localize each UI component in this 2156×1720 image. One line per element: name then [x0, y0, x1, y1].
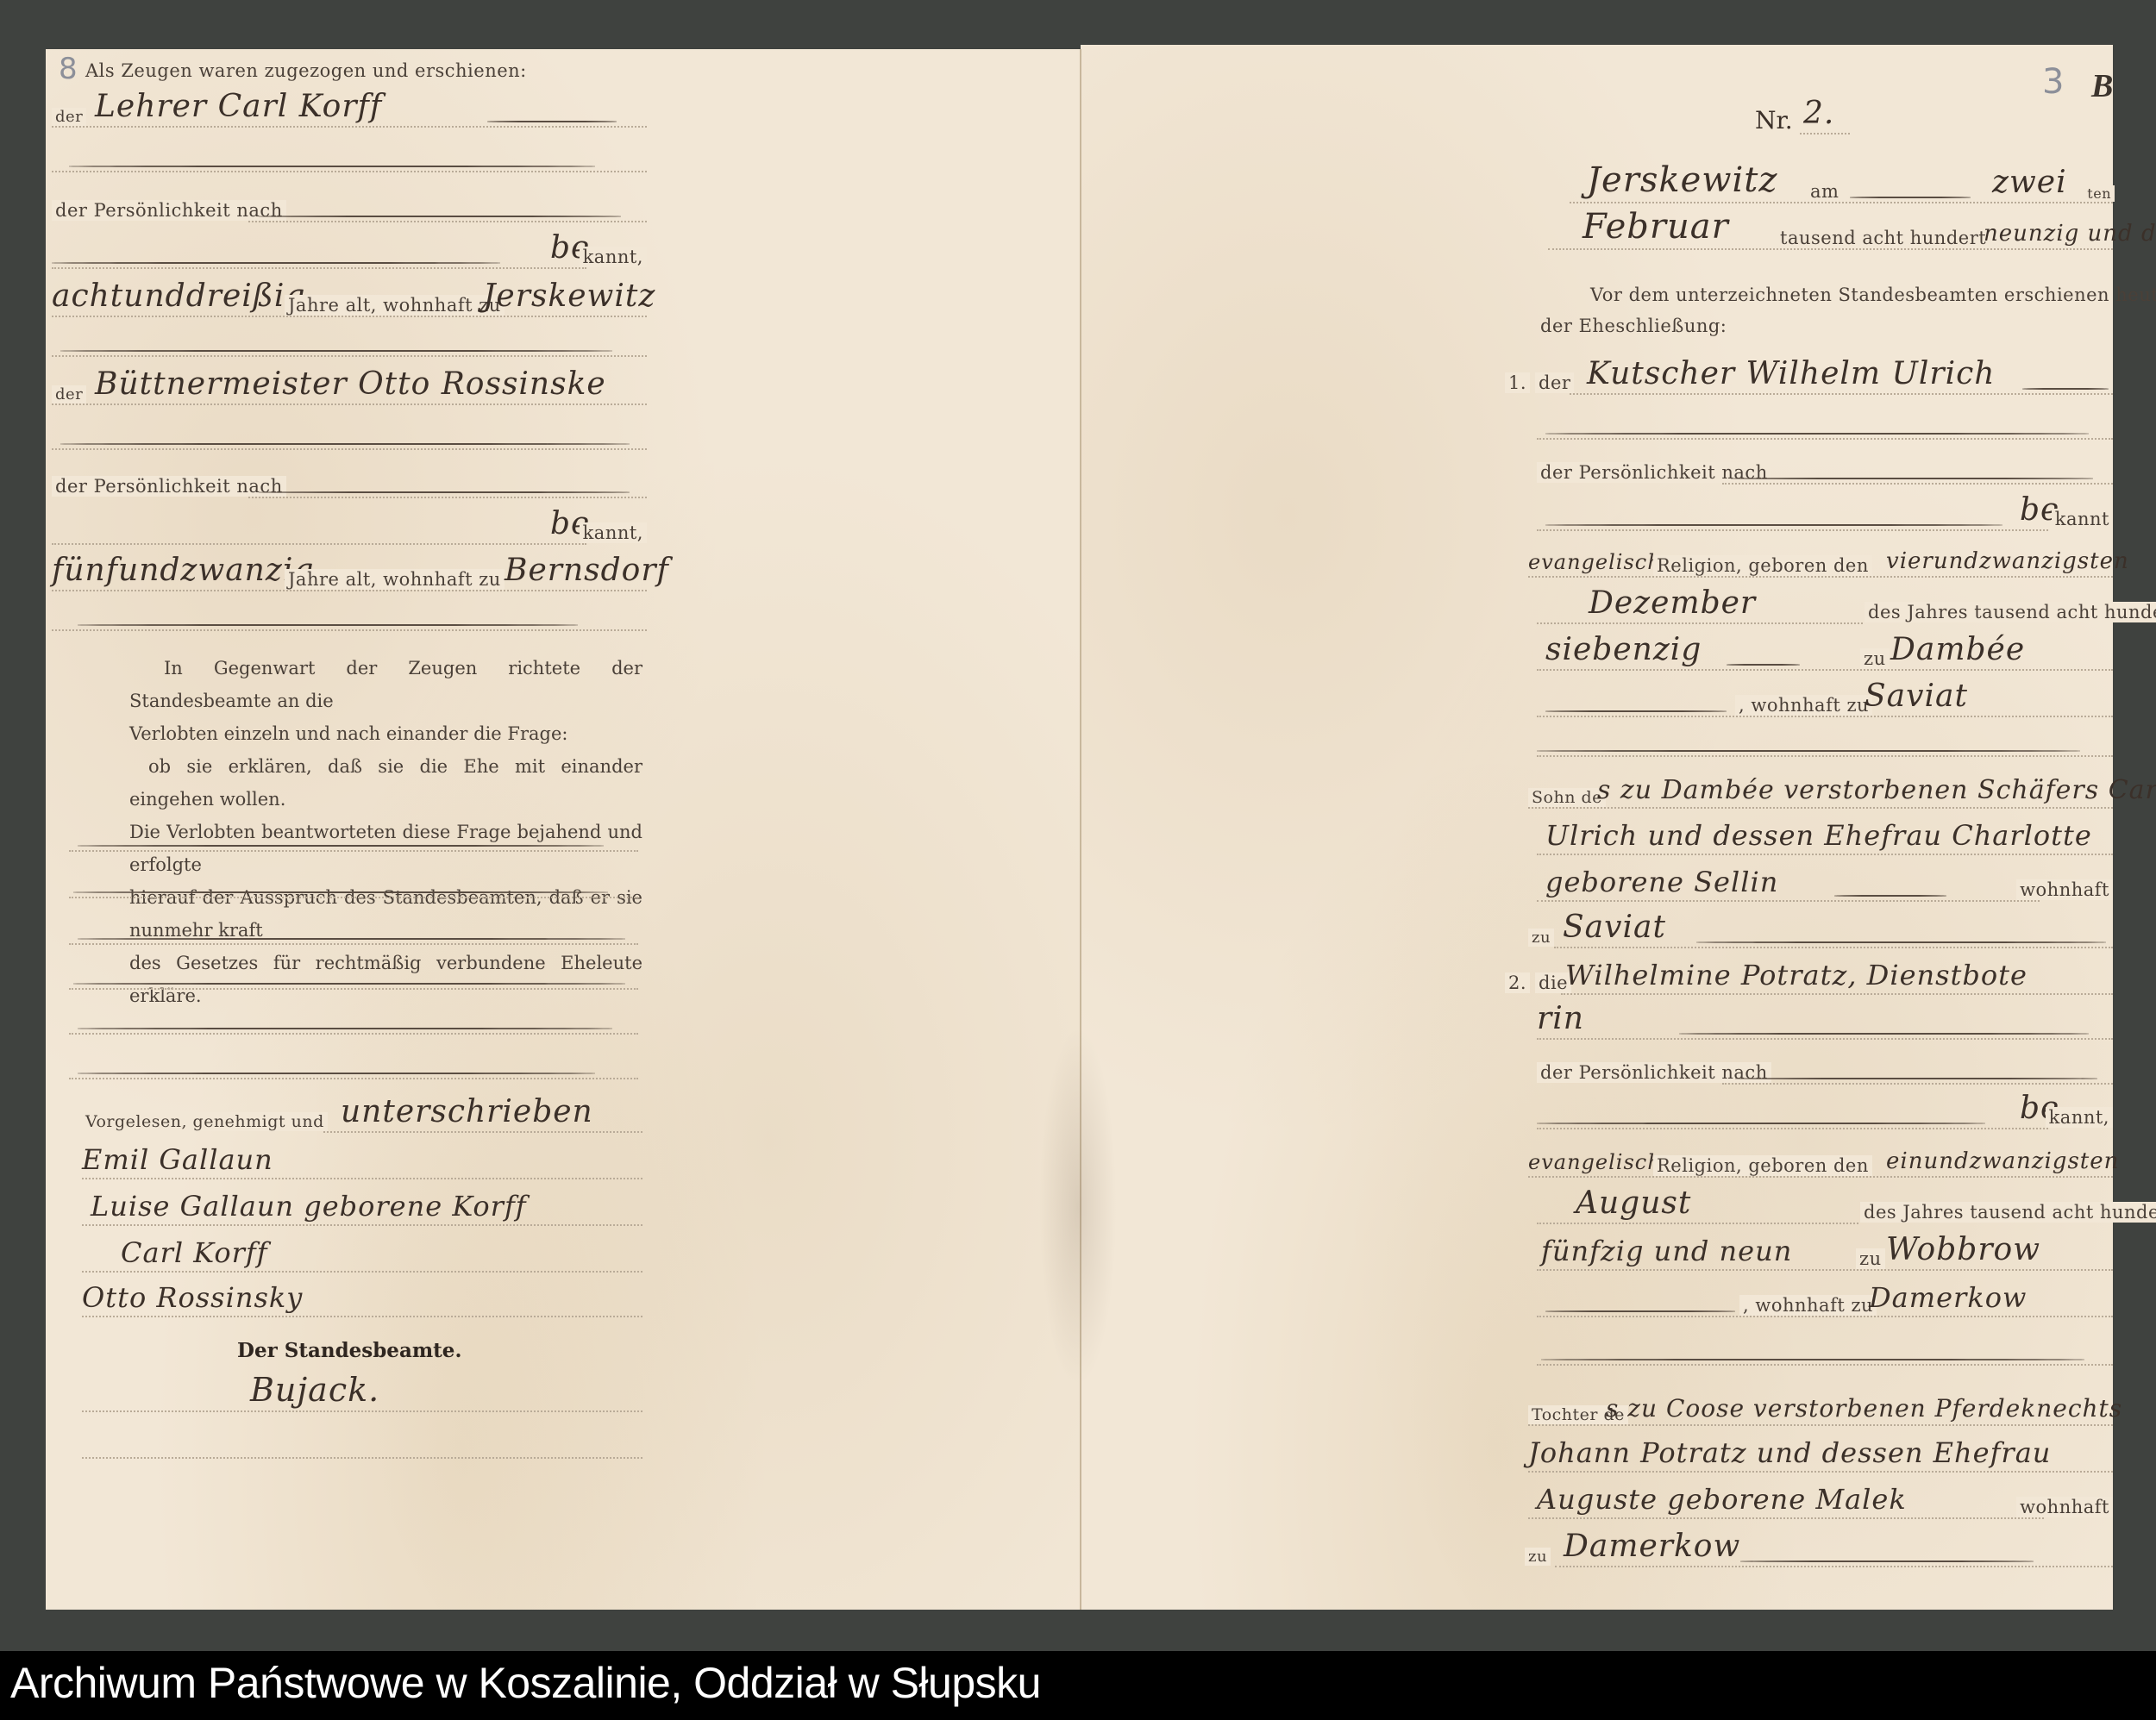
groom-birth-month-row: Dezember des Jahres tausend acht hundert	[1537, 591, 2113, 629]
witness2-prefix: der	[52, 385, 86, 403]
witness2-identity-label: der Persönlichkeit nach	[52, 476, 286, 497]
groom-parents-residence-row: zu Saviat	[1528, 916, 2113, 954]
witness1-identity-label: der Persönlichkeit nach	[52, 200, 286, 221]
signature-4: Otto Rossinsky	[82, 1281, 303, 1314]
groom-blank-row	[1537, 407, 2113, 445]
bride-parents-row-3: Auguste geborene Malek wohnhaft	[1528, 1486, 2113, 1524]
groom-known-suffix: kannt	[2052, 509, 2113, 529]
bride-year-label: des Jahres tausend acht hundert	[1860, 1202, 2156, 1223]
day-suffix: ten	[2084, 185, 2115, 202]
witness2-name-row: der Büttnermeister Otto Rossinske	[52, 372, 647, 410]
bride-identity-label: der Persönlichkeit nach	[1537, 1062, 1771, 1083]
bride-birth-year: fünfzig und neun	[1541, 1235, 1792, 1267]
bride-parents-residence-label: wohnhaft	[2016, 1497, 2113, 1517]
bride-known-row: be kannt,	[1537, 1097, 2113, 1135]
date-row-1: Jerskewitz am zwei ten	[1570, 171, 2113, 209]
groom-residence-row: , wohnhaft zu Saviat	[1537, 685, 2113, 722]
signature-row-4: Otto Rossinsky	[82, 1285, 642, 1323]
bride-name-cont-row: rin	[1537, 1007, 2113, 1045]
groom-residence-label: , wohnhaft zu	[1735, 695, 1872, 716]
bride-parents-line-2: Johann Potratz und dessen Ehefrau	[1528, 1436, 2051, 1469]
groom-birth-month: Dezember	[1589, 585, 1756, 621]
groom-birth-year: siebenzig	[1545, 632, 1702, 667]
groom-identity-label: der Persönlichkeit nach	[1537, 462, 1771, 483]
witness1-prefix: der	[52, 108, 86, 126]
cancel-line-1	[69, 819, 638, 857]
groom-birth-year-row: siebenzig zu Dambée	[1537, 638, 2113, 676]
witness2-blank-row	[52, 417, 647, 455]
bride-parents-row-1: Tochter de s zu Coose verstorbenen Pferd…	[1528, 1393, 2113, 1431]
bride-residence-label: , wohnhaft zu	[1739, 1295, 1877, 1316]
bride-religion-label: Religion, geboren den	[1653, 1155, 1872, 1176]
groom-birth-day: vierundzwanzigsten	[1886, 548, 2129, 574]
bride-number: 2.	[1505, 973, 1530, 993]
signature-3: Carl Korff	[121, 1236, 268, 1269]
record-number: 2.	[1803, 96, 1834, 131]
witness1-age: achtunddreißig	[52, 278, 305, 314]
cancel-line-2	[69, 866, 638, 904]
witness2-identity-row: der Persönlichkeit nach	[52, 466, 647, 503]
marriage-place: Jerskewitz	[1587, 160, 1777, 200]
witness2-residence: Bernsdorf	[505, 553, 669, 588]
witness2-age-label: Jahre alt, wohnhaft zu	[285, 569, 505, 590]
folio-number: 3	[2042, 62, 2064, 102]
groom-prefix: der	[1535, 372, 1574, 393]
approval-signed: unterschrieben	[341, 1094, 593, 1129]
registrar-title: Der Standesbeamte.	[237, 1339, 461, 1362]
approval-label: Vorgelesen, genehmigt und	[82, 1112, 328, 1131]
bride-birth-day: einundzwanzigsten	[1886, 1148, 2119, 1174]
bride-parents-zu: zu	[1525, 1548, 1551, 1566]
witness2-blank-row2	[52, 598, 647, 636]
record-label: Nr.	[1755, 106, 1793, 134]
paragraph-line-3: ob sie erklären, daß sie die Ehe mit ein…	[129, 750, 642, 816]
bride-birth-year-row: fünfzig und neun zu Wobbrow	[1537, 1238, 2113, 1276]
cancel-line-3	[69, 912, 638, 950]
bride-religion-row: evangelischer Religion, geboren den einu…	[1528, 1145, 2113, 1183]
pencil-mark: 8	[59, 52, 78, 86]
witness-heading: Als Zeugen waren zugezogen und erschiene…	[82, 60, 530, 81]
bride-birthplace: Wobbrow	[1886, 1232, 2040, 1267]
groom-parents-zu: zu	[1528, 929, 1554, 947]
date-row-2: Februar tausend acht hundert neunzig und…	[1548, 217, 2113, 255]
spine-stain	[1039, 1026, 1117, 1388]
groom-religion-label: Religion, geboren den	[1653, 555, 1872, 576]
bride-blank-row2	[1537, 1333, 2113, 1371]
groom-parents-line-1: s zu Dambée verstorbenen Schäfers Carl	[1597, 775, 2156, 805]
paragraph-line-2: Verlobten einzeln und nach einander die …	[129, 717, 642, 750]
bride-parents-residence-row: zu Damerkow	[1525, 1535, 2113, 1573]
groom-birthplace: Dambée	[1890, 632, 2025, 667]
intro-line-1: Vor dem unterzeichneten Standesbeamten e…	[1587, 285, 2156, 305]
cancel-line-5	[69, 1002, 638, 1040]
groom-year-label: des Jahres tausend acht hundert	[1865, 602, 2156, 622]
groom-name-row: 1. der Kutscher Wilhelm Ulrich	[1505, 362, 2113, 400]
blank-row-end	[82, 1426, 642, 1464]
signature-row-3: Carl Korff	[82, 1240, 642, 1278]
groom-residence: Saviat	[1865, 679, 1968, 714]
marriage-year: neunzig und drei	[1984, 221, 2156, 247]
archive-banner: Archiwum Państwowe w Koszalinie, Oddział…	[0, 1651, 2156, 1720]
intro-line-2: der Eheschließung:	[1537, 316, 1730, 336]
witness2-name: Büttnermeister Otto Rossinske	[95, 366, 606, 402]
registrar-signature-row: Bujack.	[82, 1379, 642, 1417]
witness1-blank-row	[52, 140, 647, 178]
marriage-day: zwei	[1992, 165, 2067, 200]
witness1-known-row: be kannt,	[52, 236, 647, 274]
signature-row-2: Luise Gallaun geborene Korff	[82, 1193, 642, 1231]
bride-name: Wilhelmine Potratz, Dienstbote	[1565, 959, 2028, 991]
bride-residence: Damerkow	[1869, 1281, 2027, 1314]
bride-residence-row: , wohnhaft zu Damerkow	[1537, 1285, 2113, 1323]
year-label: tausend acht hundert	[1777, 228, 1990, 248]
groom-name: Kutscher Wilhelm Ulrich	[1587, 356, 1995, 391]
witness1-residence: Jerskewitz	[483, 278, 655, 314]
bride-name-cont: rin	[1537, 1001, 1584, 1036]
bride-parents-residence: Damerkow	[1564, 1529, 1740, 1564]
bride-parents-line-3: Auguste geborene Malek	[1537, 1483, 1907, 1516]
witness2-age: fünfundzwanzig	[52, 553, 314, 588]
bride-parents-row-2: Johann Potratz und dessen Ehefrau	[1528, 1440, 2113, 1478]
bride-known-suffix: kannt,	[2046, 1107, 2113, 1128]
witness1-age-label: Jahre alt, wohnhaft zu	[285, 295, 505, 316]
groom-identity-row: der Persönlichkeit nach	[1537, 452, 2113, 490]
paragraph-line-1: In Gegenwart der Zeugen richtete der Sta…	[129, 652, 642, 717]
groom-parents-residence: Saviat	[1563, 910, 1666, 945]
groom-religion-row: evangelischer Religion, geboren den vier…	[1528, 545, 2113, 583]
bride-name-row: 2. die Wilhelmine Potratz, Dienstbote	[1505, 962, 2113, 1000]
groom-number: 1.	[1505, 372, 1530, 393]
record-number-row: Nr. 2.	[1755, 102, 1850, 140]
bride-parents-line-1: s zu Coose verstorbenen Pferdeknechts	[1606, 1394, 2122, 1423]
approval-row: Vorgelesen, genehmigt und unterschrieben	[82, 1100, 642, 1138]
witness2-known-suffix: kannt,	[580, 522, 647, 543]
bride-birthplace-label: zu	[1856, 1248, 1885, 1269]
bride-birth-month-row: August des Jahres tausend acht hundert	[1537, 1191, 2113, 1229]
witness1-name-row: der Lehrer Carl Korff	[52, 95, 647, 133]
corner-letter: B	[2091, 67, 2113, 105]
bride-birth-month: August	[1576, 1185, 1691, 1221]
groom-parent-label: Sohn de	[1528, 788, 1606, 807]
bride-identity-row: der Persönlichkeit nach	[1537, 1052, 2113, 1090]
groom-parents-residence-label: wohnhaft	[2016, 879, 2113, 900]
groom-parents-row-2: Ulrich und dessen Ehefrau Charlotte	[1537, 822, 2113, 860]
cancel-line-6	[69, 1047, 638, 1085]
signature-1: Emil Gallaun	[82, 1143, 273, 1176]
groom-birthplace-label: zu	[1860, 648, 1890, 669]
signature-2: Luise Gallaun geborene Korff	[91, 1190, 527, 1223]
groom-blank-row2	[1537, 724, 2113, 762]
witness1-age-row: achtunddreißig Jahre alt, wohnhaft zu Je…	[52, 285, 647, 322]
witness1-identity-row: der Persönlichkeit nach	[52, 190, 647, 228]
am-label: am	[1807, 181, 1842, 202]
witness2-known-row: be kannt,	[52, 512, 647, 550]
groom-parents-row-1: Sohn de s zu Dambée verstorbenen Schäfer…	[1528, 776, 2113, 814]
groom-parents-line-3: geborene Sellin	[1545, 866, 1778, 898]
witness1-name: Lehrer Carl Korff	[95, 89, 382, 124]
groom-parents-row-3: geborene Sellin wohnhaft	[1537, 869, 2113, 907]
marriage-month: Februar	[1583, 207, 1729, 247]
witness2-age-row: fünfundzwanzig Jahre alt, wohnhaft zu Be…	[52, 559, 647, 597]
groom-known-row: be kannt	[1537, 498, 2113, 536]
registrar-signature: Bujack.	[250, 1371, 379, 1409]
archive-name: Archiwum Państwowe w Koszalinie, Oddział…	[10, 1658, 1041, 1708]
groom-parents-line-2: Ulrich und dessen Ehefrau Charlotte	[1545, 819, 2092, 852]
witness1-known-suffix: kannt,	[580, 247, 647, 267]
witness1-blank-row2	[52, 324, 647, 362]
cancel-line-4	[69, 957, 638, 995]
signature-row-1: Emil Gallaun	[82, 1147, 642, 1185]
